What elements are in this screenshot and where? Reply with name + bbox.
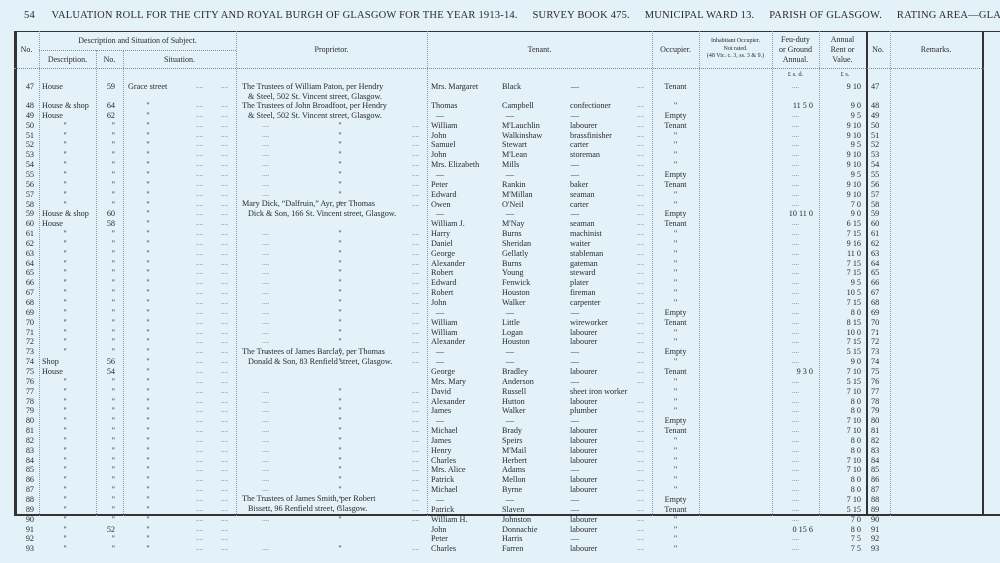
- leader-dots: ....: [412, 465, 419, 475]
- tenant-occupation: —: [565, 308, 585, 318]
- tenant-occupation: labourer: [570, 456, 597, 466]
- tenant-first-name: William H.: [431, 515, 468, 525]
- entry-situation: Grace street: [128, 82, 167, 92]
- entry-number-right: 86: [871, 475, 879, 485]
- entry-number: 50: [14, 121, 34, 131]
- entry-street-number: ": [98, 150, 115, 160]
- entry-number-right: 60: [871, 219, 879, 229]
- leader-dots: ....: [196, 544, 203, 554]
- leader-dots: ....: [196, 298, 203, 308]
- tenant-first-name: John: [431, 298, 446, 308]
- entry-street-number: ": [98, 515, 115, 525]
- tenant-surname: Walker: [502, 406, 525, 416]
- entry-number-right: 92: [871, 534, 879, 544]
- entry-street-number: ": [98, 426, 115, 436]
- entry-situation: ": [128, 446, 168, 456]
- table-row: 68"""............"....JohnWalkercarpente…: [0, 298, 1000, 308]
- tenant-occupation: —: [565, 160, 585, 170]
- ditto-mark: ": [330, 456, 350, 466]
- entry-street-number: ": [98, 505, 115, 515]
- leader-dots: ....: [196, 180, 203, 190]
- leader-dots: ....: [637, 190, 644, 200]
- ditto-mark: ": [330, 397, 350, 407]
- leader-dots: ....: [262, 485, 269, 495]
- tenant-first-name: Harry: [431, 229, 450, 239]
- entry-street-number: ": [98, 308, 115, 318]
- tenant-first-name: William: [431, 318, 458, 328]
- entry-description: ": [40, 140, 90, 150]
- leader-dots: ....: [221, 505, 228, 515]
- leader-dots: ....: [412, 544, 419, 554]
- entry-number-right: 56: [871, 180, 879, 190]
- ditto-mark: ": [330, 446, 350, 456]
- ditto-mark: ": [330, 465, 350, 475]
- tenant-surname: Adams: [502, 465, 525, 475]
- leader-dots: ....: [637, 515, 644, 525]
- occupier-status: Tenant: [654, 505, 697, 515]
- ditto-mark: ": [330, 475, 350, 485]
- entry-number: 55: [14, 170, 34, 180]
- ditto-mark: ": [330, 515, 350, 525]
- tenant-first-name: Mrs. Alice: [431, 465, 466, 475]
- entry-number-right: 50: [871, 121, 879, 131]
- ditto-mark: ": [330, 268, 350, 278]
- table-row: 75House54"........GeorgeBradleylabourer.…: [0, 367, 1000, 377]
- tenant-first-name: Patrick: [431, 505, 454, 515]
- feu-duty: ....: [772, 446, 819, 456]
- leader-dots: ....: [221, 515, 228, 525]
- leader-dots: ....: [196, 249, 203, 259]
- tenant-occupation: labourer: [570, 525, 597, 535]
- feu-duty: 9 3 0: [775, 367, 813, 377]
- table-row: 62"""............"....DanielSheridanwait…: [0, 239, 1000, 249]
- feu-duty: ....: [772, 111, 819, 121]
- leader-dots: ....: [637, 397, 644, 407]
- entry-situation: ": [128, 436, 168, 446]
- ditto-mark: ": [330, 387, 350, 397]
- tenant-first-name: James: [431, 436, 451, 446]
- annual-rent: 8 0: [826, 485, 861, 495]
- ditto-mark: ": [330, 357, 350, 367]
- entry-situation: ": [128, 318, 168, 328]
- leader-dots: ....: [221, 387, 228, 397]
- entry-number: 93: [14, 544, 34, 554]
- annual-rent: 8 0: [826, 446, 861, 456]
- tenant-first-name: Edward: [431, 278, 456, 288]
- entry-number: 53: [14, 150, 34, 160]
- entry-street-number: ": [98, 268, 115, 278]
- entry-description: ": [40, 150, 90, 160]
- header-inhabitant: Inhabitant Occupier. Not rated. (48 Vic.…: [699, 38, 772, 61]
- entry-description: ": [40, 446, 90, 456]
- entry-situation: ": [128, 249, 168, 259]
- tenant-first-name: Peter: [431, 534, 448, 544]
- tenant-surname: Burns: [502, 229, 522, 239]
- header-bottom-line: [14, 68, 984, 69]
- entry-number: 48: [14, 101, 34, 111]
- header-feu-l2: or Ground: [772, 45, 819, 55]
- leader-dots: ....: [262, 406, 269, 416]
- entry-description: ": [40, 347, 90, 357]
- annual-rent: 8 0: [826, 397, 861, 407]
- occupier-status: ": [654, 534, 697, 544]
- entry-number: 85: [14, 465, 34, 475]
- entry-situation: ": [128, 219, 168, 229]
- tenant-occupation: —: [565, 347, 585, 357]
- leader-dots: ....: [196, 150, 203, 160]
- entry-description: ": [40, 525, 90, 535]
- ditto-mark: ": [330, 160, 350, 170]
- leader-dots: ....: [262, 131, 269, 141]
- leader-dots: ....: [221, 525, 228, 535]
- feu-duty: ....: [772, 495, 819, 505]
- leader-dots: ....: [196, 101, 203, 111]
- table-row: 63"""............"....GeorgeGellatlystab…: [0, 249, 1000, 259]
- entry-situation: ": [128, 101, 168, 111]
- tenant-occupation: labourer: [570, 337, 597, 347]
- entry-situation: ": [128, 515, 168, 525]
- leader-dots: ....: [221, 318, 228, 328]
- entry-number-right: 69: [871, 308, 879, 318]
- leader-dots: ....: [262, 180, 269, 190]
- entry-number-right: 49: [871, 111, 879, 121]
- leader-dots: ....: [262, 397, 269, 407]
- ditto-mark: ": [330, 337, 350, 347]
- leader-dots: ....: [196, 456, 203, 466]
- leader-dots: ....: [196, 328, 203, 338]
- leader-dots: ....: [412, 170, 419, 180]
- entry-street-number: ": [98, 200, 115, 210]
- entry-street-number: ": [98, 397, 115, 407]
- annual-rent: 5 15: [826, 377, 861, 387]
- occupier-status: ": [654, 101, 697, 111]
- leader-dots: ....: [221, 278, 228, 288]
- leader-dots: ....: [637, 357, 644, 367]
- entry-situation: ": [128, 456, 168, 466]
- leader-dots: ....: [412, 485, 419, 495]
- entry-number-right: 63: [871, 249, 879, 259]
- tenant-surname: M'Nay: [502, 219, 524, 229]
- entry-number: 92: [14, 534, 34, 544]
- table-row: 67"""............"....RobertHoustonfirem…: [0, 288, 1000, 298]
- leader-dots: ....: [637, 150, 644, 160]
- leader-dots: ....: [221, 200, 228, 210]
- entry-number: 78: [14, 397, 34, 407]
- entry-situation: ": [128, 111, 168, 121]
- feu-duty: ....: [772, 259, 819, 269]
- entry-situation: ": [128, 525, 168, 535]
- leader-dots: ....: [637, 101, 644, 111]
- occupier-status: ": [654, 278, 697, 288]
- header-feu: Feu-duty or Ground Annual.: [772, 35, 819, 65]
- entry-number-right: 77: [871, 387, 879, 397]
- leader-dots: ....: [221, 170, 228, 180]
- tenant-surname: Brady: [502, 426, 522, 436]
- leader-dots: ....: [221, 406, 228, 416]
- leader-dots: ....: [412, 337, 419, 347]
- feu-duty: ....: [772, 544, 819, 554]
- leader-dots: ....: [196, 200, 203, 210]
- entry-description: ": [40, 505, 90, 515]
- tenant-surname: O'Neil: [502, 200, 523, 210]
- tenant-occupation: carpenter: [570, 298, 600, 308]
- tenant-surname: Herbert: [502, 456, 527, 466]
- entry-street-number: ": [98, 347, 115, 357]
- tenant-occupation: plater: [570, 278, 589, 288]
- tenant-first-name: —: [430, 495, 450, 505]
- entry-number: 65: [14, 268, 34, 278]
- entry-description: House: [42, 219, 63, 229]
- leader-dots: ....: [637, 308, 644, 318]
- entry-description: ": [40, 426, 90, 436]
- entry-situation: ": [128, 121, 168, 131]
- entry-description: House: [42, 82, 63, 92]
- header-number: No.: [96, 55, 123, 65]
- ditto-mark: ": [330, 406, 350, 416]
- occupier-status: ": [654, 229, 697, 239]
- entry-number-right: 70: [871, 318, 879, 328]
- annual-rent: 7 0: [826, 515, 861, 525]
- feu-duty: ....: [772, 318, 819, 328]
- feu-duty: ....: [772, 456, 819, 466]
- leader-dots: ....: [196, 426, 203, 436]
- entry-number: 58: [14, 200, 34, 210]
- leader-dots: ....: [262, 495, 269, 505]
- leader-dots: ....: [637, 259, 644, 269]
- rent-units: £ s.: [830, 70, 860, 80]
- entry-number-right: 61: [871, 229, 879, 239]
- leader-dots: ....: [221, 446, 228, 456]
- table-row: 82"""............"....JamesSpeirslaboure…: [0, 436, 1000, 446]
- entry-description: ": [40, 131, 90, 141]
- tenant-occupation: —: [565, 357, 585, 367]
- entry-number: 74: [14, 357, 34, 367]
- ditto-mark: ": [330, 140, 350, 150]
- entry-street-number: ": [98, 180, 115, 190]
- entry-number: 81: [14, 426, 34, 436]
- leader-dots: ....: [637, 121, 644, 131]
- annual-rent: 9 5: [826, 278, 861, 288]
- entry-street-number: ": [98, 456, 115, 466]
- entry-number-right: 89: [871, 505, 879, 515]
- leader-dots: ....: [196, 111, 203, 121]
- leader-dots: ....: [196, 387, 203, 397]
- annual-rent: 7 10: [826, 456, 861, 466]
- occupier-status: ": [654, 337, 697, 347]
- entry-number-right: 87: [871, 485, 879, 495]
- leader-dots: ....: [262, 515, 269, 525]
- entry-description: ": [40, 318, 90, 328]
- entry-number-right: 66: [871, 278, 879, 288]
- table-row: 70"""............"....WilliamLittlewirew…: [0, 318, 1000, 328]
- tenant-first-name: —: [430, 111, 450, 121]
- tenant-occupation: baker: [570, 180, 588, 190]
- entry-number: 68: [14, 298, 34, 308]
- entry-street-number: ": [98, 465, 115, 475]
- tenant-occupation: sheet iron worker: [570, 387, 627, 397]
- leader-dots: ....: [637, 229, 644, 239]
- entry-number-right: 47: [871, 82, 879, 92]
- leader-dots: ....: [637, 347, 644, 357]
- leader-dots: ....: [221, 180, 228, 190]
- entry-description: ": [40, 485, 90, 495]
- table-row: 76"""........Mrs. MaryAnderson—...."....…: [0, 377, 1000, 387]
- table-row: 66"""............"....EdwardFenwickplate…: [0, 278, 1000, 288]
- leader-dots: ....: [196, 377, 203, 387]
- entry-description: ": [40, 121, 90, 131]
- feu-duty: ....: [772, 170, 819, 180]
- leader-dots: ....: [196, 495, 203, 505]
- leader-dots: ....: [221, 160, 228, 170]
- entry-situation: ": [128, 268, 168, 278]
- entry-number-right: 65: [871, 268, 879, 278]
- ditto-mark: ": [330, 249, 350, 259]
- occupier-status: Tenant: [654, 318, 697, 328]
- leader-dots: ....: [262, 318, 269, 328]
- entry-description: ": [40, 416, 90, 426]
- leader-dots: ....: [637, 82, 644, 92]
- leader-dots: ....: [637, 495, 644, 505]
- header-inhabitant-l1: Inhabitant Occupier.: [699, 38, 772, 46]
- table-row: 53"""............"....JohnM'Leanstoreman…: [0, 150, 1000, 160]
- annual-rent: 7 15: [826, 229, 861, 239]
- leader-dots: ....: [637, 426, 644, 436]
- leader-dots: ....: [196, 367, 203, 377]
- entry-street-number: ": [98, 406, 115, 416]
- entry-number: 90: [14, 515, 34, 525]
- entry-number: 84: [14, 456, 34, 466]
- entry-street-number: ": [98, 298, 115, 308]
- tenant-occupation: labourer: [570, 328, 597, 338]
- ditto-mark: ": [330, 170, 350, 180]
- table-row: 84"""............"....CharlesHerbertlabo…: [0, 456, 1000, 466]
- entry-description: ": [40, 406, 90, 416]
- entry-situation: ": [128, 377, 168, 387]
- occupier-status: ": [654, 446, 697, 456]
- annual-rent: 7 10: [826, 387, 861, 397]
- entry-number: 72: [14, 337, 34, 347]
- leader-dots: ....: [196, 397, 203, 407]
- leader-dots: ....: [221, 268, 228, 278]
- feu-duty: 11 5 0: [775, 101, 813, 111]
- occupier-status: ": [654, 475, 697, 485]
- leader-dots: ....: [221, 190, 228, 200]
- feu-units: £ s. d.: [772, 70, 819, 80]
- leader-dots: ....: [196, 170, 203, 180]
- entry-street-number: ": [98, 446, 115, 456]
- leader-dots: ....: [637, 446, 644, 456]
- leader-dots: ....: [196, 278, 203, 288]
- tenant-first-name: Peter: [431, 180, 448, 190]
- header-subline: [39, 50, 236, 51]
- leader-dots: ....: [412, 298, 419, 308]
- occupier-status: Empty: [654, 170, 697, 180]
- leader-dots: ....: [221, 328, 228, 338]
- annual-rent: 8 0: [826, 406, 861, 416]
- table-row: 78"""............"....AlexanderHuttonlab…: [0, 397, 1000, 407]
- tenant-occupation: wireworker: [570, 318, 608, 328]
- leader-dots: ....: [262, 170, 269, 180]
- leader-dots: ....: [412, 278, 419, 288]
- ditto-mark: ": [330, 229, 350, 239]
- leader-dots: ....: [262, 416, 269, 426]
- entry-street-number: 58: [98, 219, 115, 229]
- tenant-first-name: —: [430, 416, 450, 426]
- table-row: 61"""............"....HarryBurnsmachinis…: [0, 229, 1000, 239]
- annual-rent: 7 10: [826, 367, 861, 377]
- tenant-first-name: Thomas: [431, 101, 457, 111]
- table-row: 86"""............"....PatrickMellonlabou…: [0, 475, 1000, 485]
- ditto-mark: ": [330, 308, 350, 318]
- leader-dots: ....: [221, 101, 228, 111]
- entry-description: ": [40, 436, 90, 446]
- tenant-surname: Campbell: [502, 101, 534, 111]
- tenant-surname: Walkinshaw: [502, 131, 542, 141]
- leader-dots: ....: [412, 268, 419, 278]
- entry-description: ": [40, 337, 90, 347]
- entry-number-right: 83: [871, 446, 879, 456]
- leader-dots: ....: [637, 505, 644, 515]
- tenant-first-name: Alexander: [431, 397, 465, 407]
- tenant-surname: Sheridan: [502, 239, 531, 249]
- entry-number-right: 67: [871, 288, 879, 298]
- leader-dots: ....: [262, 475, 269, 485]
- feu-duty: ....: [772, 515, 819, 525]
- header-rent-l3: Value.: [819, 55, 866, 65]
- table-row: 80"""............"....———....Empty....7 …: [0, 416, 1000, 426]
- tenant-first-name: —: [430, 170, 450, 180]
- table-row: 50"""............"....WilliamM'Lauchlinl…: [0, 121, 1000, 131]
- leader-dots: ....: [412, 200, 419, 210]
- tenant-surname: Walker: [502, 298, 525, 308]
- entry-street-number: ": [98, 140, 115, 150]
- occupier-status: Tenant: [654, 121, 697, 131]
- tenant-occupation: storeman: [570, 150, 600, 160]
- occupier-status: Tenant: [654, 426, 697, 436]
- tenant-surname: —: [500, 416, 520, 426]
- annual-rent: 7 10: [826, 416, 861, 426]
- leader-dots: ....: [262, 121, 269, 131]
- tenant-first-name: —: [430, 308, 450, 318]
- table-row: 89"""............"....PatrickSlaven—....…: [0, 505, 1000, 515]
- tenant-surname: M'Mail: [502, 446, 526, 456]
- tenant-occupation: labourer: [570, 446, 597, 456]
- entry-number: 61: [14, 229, 34, 239]
- entry-situation: ": [128, 534, 168, 544]
- entry-number: 52: [14, 140, 34, 150]
- occupier-status: ": [654, 456, 697, 466]
- leader-dots: ....: [196, 505, 203, 515]
- leader-dots: ....: [412, 495, 419, 505]
- entry-street-number: ": [98, 229, 115, 239]
- occupier-status: ": [654, 268, 697, 278]
- entry-situation: ": [128, 337, 168, 347]
- occupier-status: Tenant: [654, 219, 697, 229]
- entry-number-right: 84: [871, 456, 879, 466]
- entry-situation: ": [128, 367, 168, 377]
- tenant-occupation: labourer: [570, 515, 597, 525]
- leader-dots: ....: [412, 515, 419, 525]
- entry-number-right: 93: [871, 544, 879, 554]
- entry-number: 87: [14, 485, 34, 495]
- annual-rent: 7 10: [826, 495, 861, 505]
- ditto-mark: ": [330, 495, 350, 505]
- leader-dots: ....: [196, 268, 203, 278]
- tenant-surname: Hutton: [502, 397, 525, 407]
- feu-duty: ....: [772, 436, 819, 446]
- entry-situation: ": [128, 357, 168, 367]
- entry-number-right: 71: [871, 328, 879, 338]
